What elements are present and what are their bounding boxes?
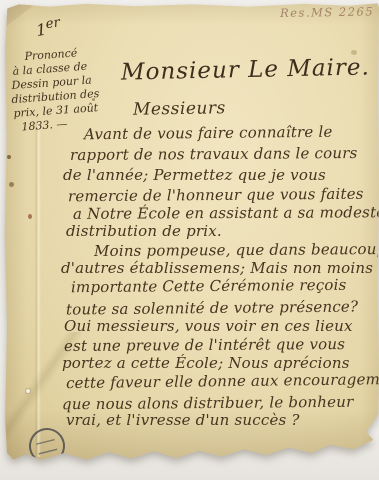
letter-line: toute sa solennité de votre présence? <box>66 297 358 318</box>
letter-line: vrai, et l'ivresse d'un succès ? <box>66 411 300 429</box>
dog-ear-fold <box>4 2 38 28</box>
margin-note: Prononcé à la classe de Dessin pour la d… <box>9 45 102 135</box>
letter-line: portez a cette École; Nous aprécions <box>62 354 350 372</box>
shelfmark-annotation: Res.MS 2265 (3) <box>280 4 379 20</box>
scanned-manuscript-view: { "annotations": { "numbering_base": "1"… <box>0 0 379 480</box>
foxing-spot <box>7 155 11 159</box>
manuscript-paper-wrap: Res.MS 2265 (3) 1er Prononcé à la classe… <box>0 0 379 480</box>
letter-salutation: Messieurs <box>133 98 226 120</box>
letter-line: d'autres établissemens; Mais non moins <box>61 259 373 277</box>
letter-line: Moins pompeuse, que dans beaucoup <box>94 240 379 260</box>
pinhole <box>25 388 31 394</box>
letter-line: remercie de l'honneur que vous faites <box>68 185 364 206</box>
letter-line: importante Cette Cérémonie reçois <box>71 276 347 296</box>
letter-addressee: Monsieur Le Maire. <box>121 54 370 85</box>
page-numbering: 1er <box>35 15 62 40</box>
letter-line: cette faveur elle donne aux encouragemen… <box>66 370 379 392</box>
letter-line: de l'année; Permettez que je vous <box>63 166 326 184</box>
letter-line: est une preuve de l'intérêt que vous <box>64 335 345 355</box>
letter-line: a Notre École en assistant a sa modeste <box>73 203 379 223</box>
manuscript-page: Res.MS 2265 (3) 1er Prononcé à la classe… <box>4 2 379 465</box>
foxing-spot <box>9 182 14 187</box>
foxing-spot <box>28 214 32 219</box>
letter-line: rapport de nos travaux dans le cours <box>70 144 358 164</box>
letter-line: Oui messieurs, vous voir en ces lieux <box>64 317 353 335</box>
letter-line: Avant de vous faire connaître le <box>84 123 333 144</box>
numbering-suffix: er <box>45 15 61 32</box>
letter-line: distribution de prix. <box>66 222 222 240</box>
